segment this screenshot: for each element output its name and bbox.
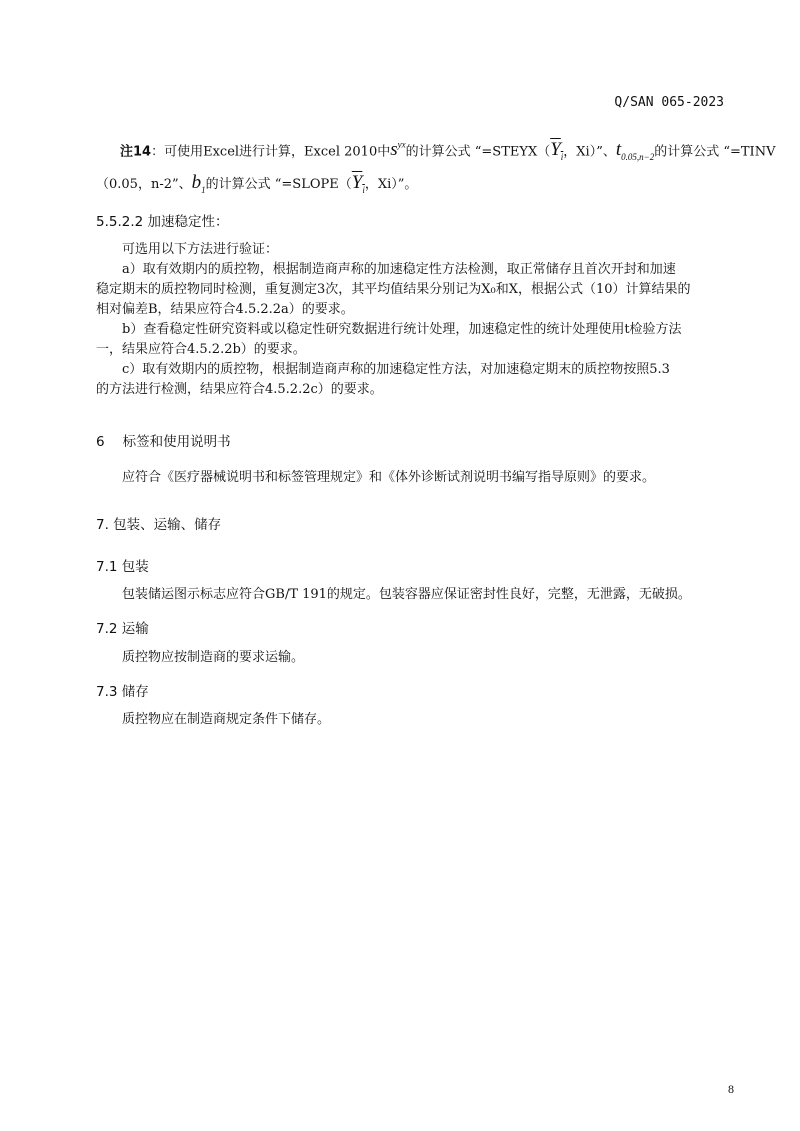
yi-symbol: Yi <box>550 139 563 160</box>
note-label: 注14 <box>120 144 151 159</box>
item-b-line-2: 一，结果应符合4.5.2.2b）的要求。 <box>96 340 306 360</box>
section-7-3-text: 质控物应在制造商规定条件下储存。 <box>122 710 330 730</box>
section-7-2-text: 质控物应按制造商的要求运输。 <box>122 648 304 668</box>
note-14-line-1: 注14：可使用Excel进行计算，Excel 2010中syx的计算公式 “=S… <box>120 135 775 167</box>
section-5-5-2-2-heading: 5.5.2.2 加速稳定性： <box>96 210 229 230</box>
t-symbol: t0.05,n−2 <box>616 139 654 160</box>
item-b-line-1: b）查看稳定性研究资料或以稳定性研究数据进行统计处理，加速稳定性的统计处理使用t… <box>122 320 682 340</box>
note-14-line-2: （0.05，n-2”、b1的计算公式 “=SLOPE（Yi，Xi）”。 <box>96 173 417 200</box>
section-7-2-heading: 7.2 运输 <box>96 617 149 637</box>
note-text: 的计算公式 “=STEYX（ <box>406 144 551 159</box>
note-text: ，Xi）”、 <box>563 144 616 159</box>
item-a-line-3: 相对偏差B，结果应符合4.5.2.2a）的要求。 <box>96 300 354 320</box>
note-text: （0.05，n-2”、 <box>96 177 192 192</box>
item-a-line-1: a）取有效期内的质控物，根据制造商声称的加速稳定性方法检测，取正常储存且首次开封… <box>122 260 676 280</box>
section-6-heading: 6标签和使用说明书 <box>96 430 231 450</box>
syx-symbol: syx <box>390 139 405 160</box>
document-code: Q/SAN 065-2023 <box>614 95 724 110</box>
section-7-1-text: 包装储运图示标志应符合GB/T 191的规定。包装容器应保证密封性良好，完整，无… <box>122 585 691 605</box>
section-title: 标签和使用说明书 <box>123 434 231 450</box>
note-text: ，Xi）”。 <box>365 177 418 192</box>
item-c-line-1: c）取有效期内的质控物，根据制造商声称的加速稳定性方法，对加速稳定期末的质控物按… <box>122 360 670 380</box>
page-number: 8 <box>728 1082 734 1097</box>
yi-symbol: Yi <box>352 172 365 193</box>
note-text: 的计算公式 “=SLOPE（ <box>206 177 352 192</box>
item-a-line-2: 稳定期末的质控物同时检测，重复测定3次，其平均值结果分别记为X₀和X，根据公式（… <box>96 280 691 300</box>
section-6-text: 应符合《医疗器械说明书和标签管理规定》和《体外诊断试剂说明书编写指导原则》的要求… <box>122 468 655 488</box>
intro-paragraph: 可选用以下方法进行验证： <box>122 240 278 260</box>
note-text: ：可使用Excel进行计算，Excel 2010中 <box>151 144 390 159</box>
section-7-1-heading: 7.1 包装 <box>96 555 149 575</box>
section-7-3-heading: 7.3 储存 <box>96 680 149 700</box>
section-number: 6 <box>96 434 105 450</box>
section-7-heading: 7. 包装、运输、储存 <box>96 513 221 533</box>
note-text: 的计算公式 “=TINV <box>654 144 775 159</box>
item-c-line-2: 的方法进行检测，结果应符合4.5.2.2c）的要求。 <box>96 380 383 400</box>
b1-symbol: b1 <box>192 172 206 193</box>
